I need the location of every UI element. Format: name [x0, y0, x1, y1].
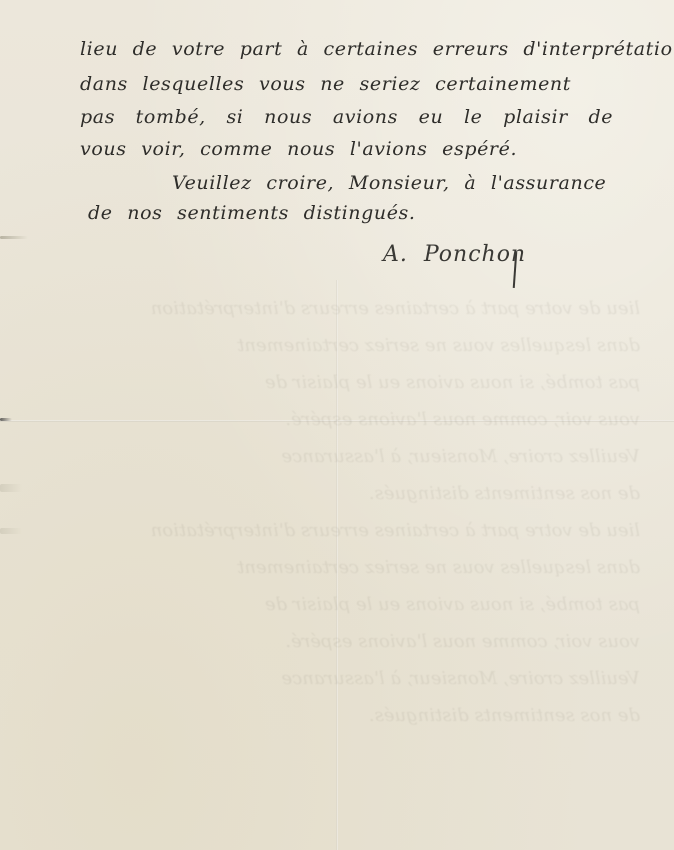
letter-line: dans lesquelles vous ne seriez certainem… — [80, 73, 571, 95]
edge-tear — [0, 418, 12, 421]
closing-line: Veuillez croire, Monsieur, à l'assurance — [172, 172, 606, 194]
letter-line: vous voir, comme nous l'avions espéré. — [80, 138, 517, 160]
letter-line: pas tombé, si nous avions eu le plaisir … — [80, 106, 613, 128]
letter-page: lieu de votre part à certaines erreurs d… — [0, 0, 674, 850]
letter-line: lieu de votre part à certaines erreurs d… — [80, 38, 674, 60]
signature: A. Ponchon — [383, 242, 526, 267]
edge-tear — [0, 236, 28, 239]
edge-tear — [0, 484, 22, 492]
closing-line: de nos sentiments distingués. — [88, 202, 416, 224]
edge-tear — [0, 528, 22, 534]
verso-show-through: lieu de votre part à certaines erreurs d… — [220, 290, 640, 734]
